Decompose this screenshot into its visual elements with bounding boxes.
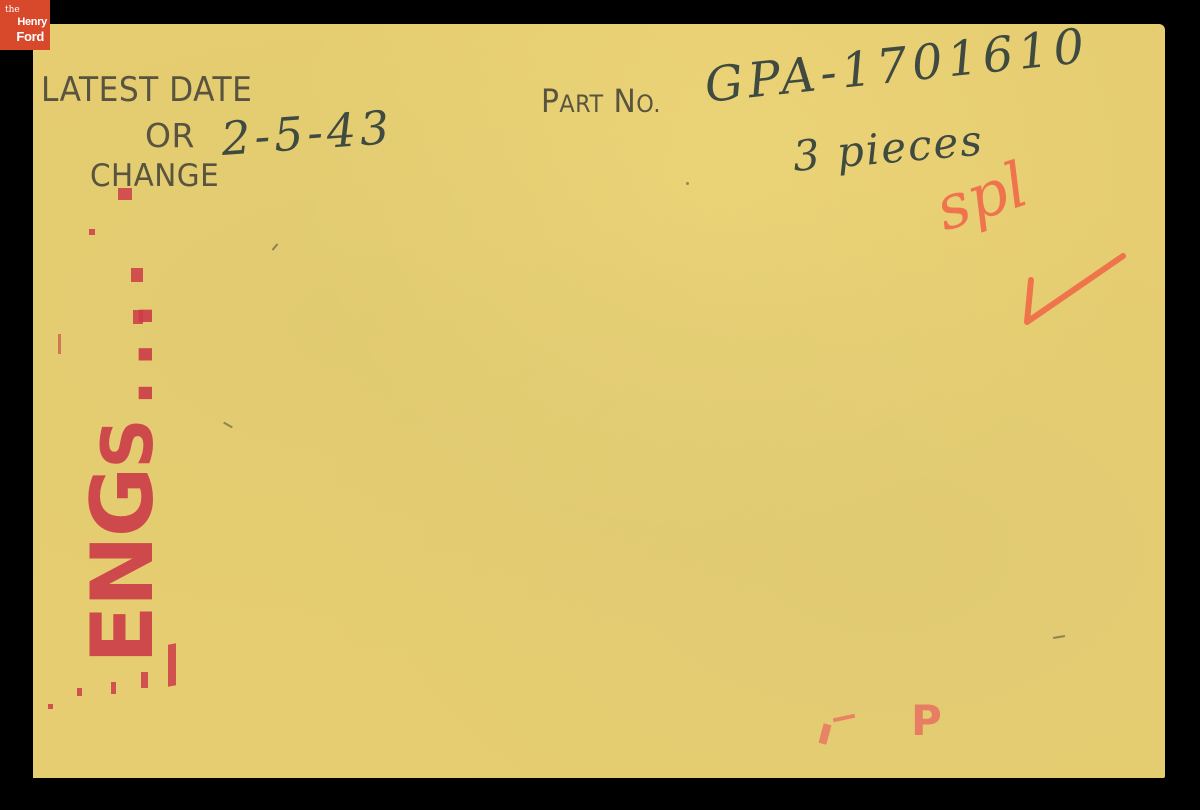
- stamp-rest: S...: [87, 290, 169, 468]
- paper-mark: [686, 182, 689, 185]
- stamp-fragment: [89, 229, 95, 235]
- latest-date-label: LATEST DATE: [41, 70, 252, 110]
- partial-stamp-fragment: [833, 714, 855, 722]
- paper-mark: [1053, 635, 1065, 639]
- henry-ford-logo: the Henry Ford: [0, 0, 50, 50]
- stamp-fragment: [48, 704, 53, 709]
- logo-the: the: [5, 6, 20, 15]
- index-card: LATEST DATE OR CHANGE PART NO. 2-5-43 GP…: [33, 24, 1165, 778]
- stamp-fragment: [118, 188, 132, 200]
- logo-ford: Ford: [16, 30, 44, 43]
- stamp-fragment: [111, 682, 116, 694]
- change-label: CHANGE: [90, 158, 219, 194]
- eng-stamp: ENGS...: [73, 290, 173, 664]
- logo-henry: Henry: [17, 17, 47, 28]
- paper-mark: [272, 243, 279, 250]
- partial-stamp-letter: P: [911, 696, 942, 745]
- part-no-label: PART NO.: [541, 82, 661, 120]
- or-label: OR: [145, 116, 195, 155]
- red-check-mark-icon: [1023, 242, 1133, 332]
- handwritten-date: 2-5-43: [219, 100, 395, 166]
- part-n: N: [614, 82, 637, 120]
- part-p: P: [541, 82, 559, 120]
- stamp-fragment: [141, 672, 148, 688]
- stamp-fragment: [58, 334, 61, 354]
- part-art: ART: [559, 90, 603, 118]
- paper-mark: [223, 422, 233, 429]
- stamp-eng: ENG: [73, 469, 173, 664]
- stamp-fragment: [133, 310, 143, 324]
- partial-stamp-fragment: [819, 723, 832, 744]
- stamp-fragment: [168, 643, 176, 686]
- handwritten-part-number: GPA-1701610: [702, 24, 1092, 114]
- stamp-fragment: [77, 688, 82, 696]
- part-o: O.: [636, 90, 661, 118]
- stamp-fragment: [131, 268, 143, 282]
